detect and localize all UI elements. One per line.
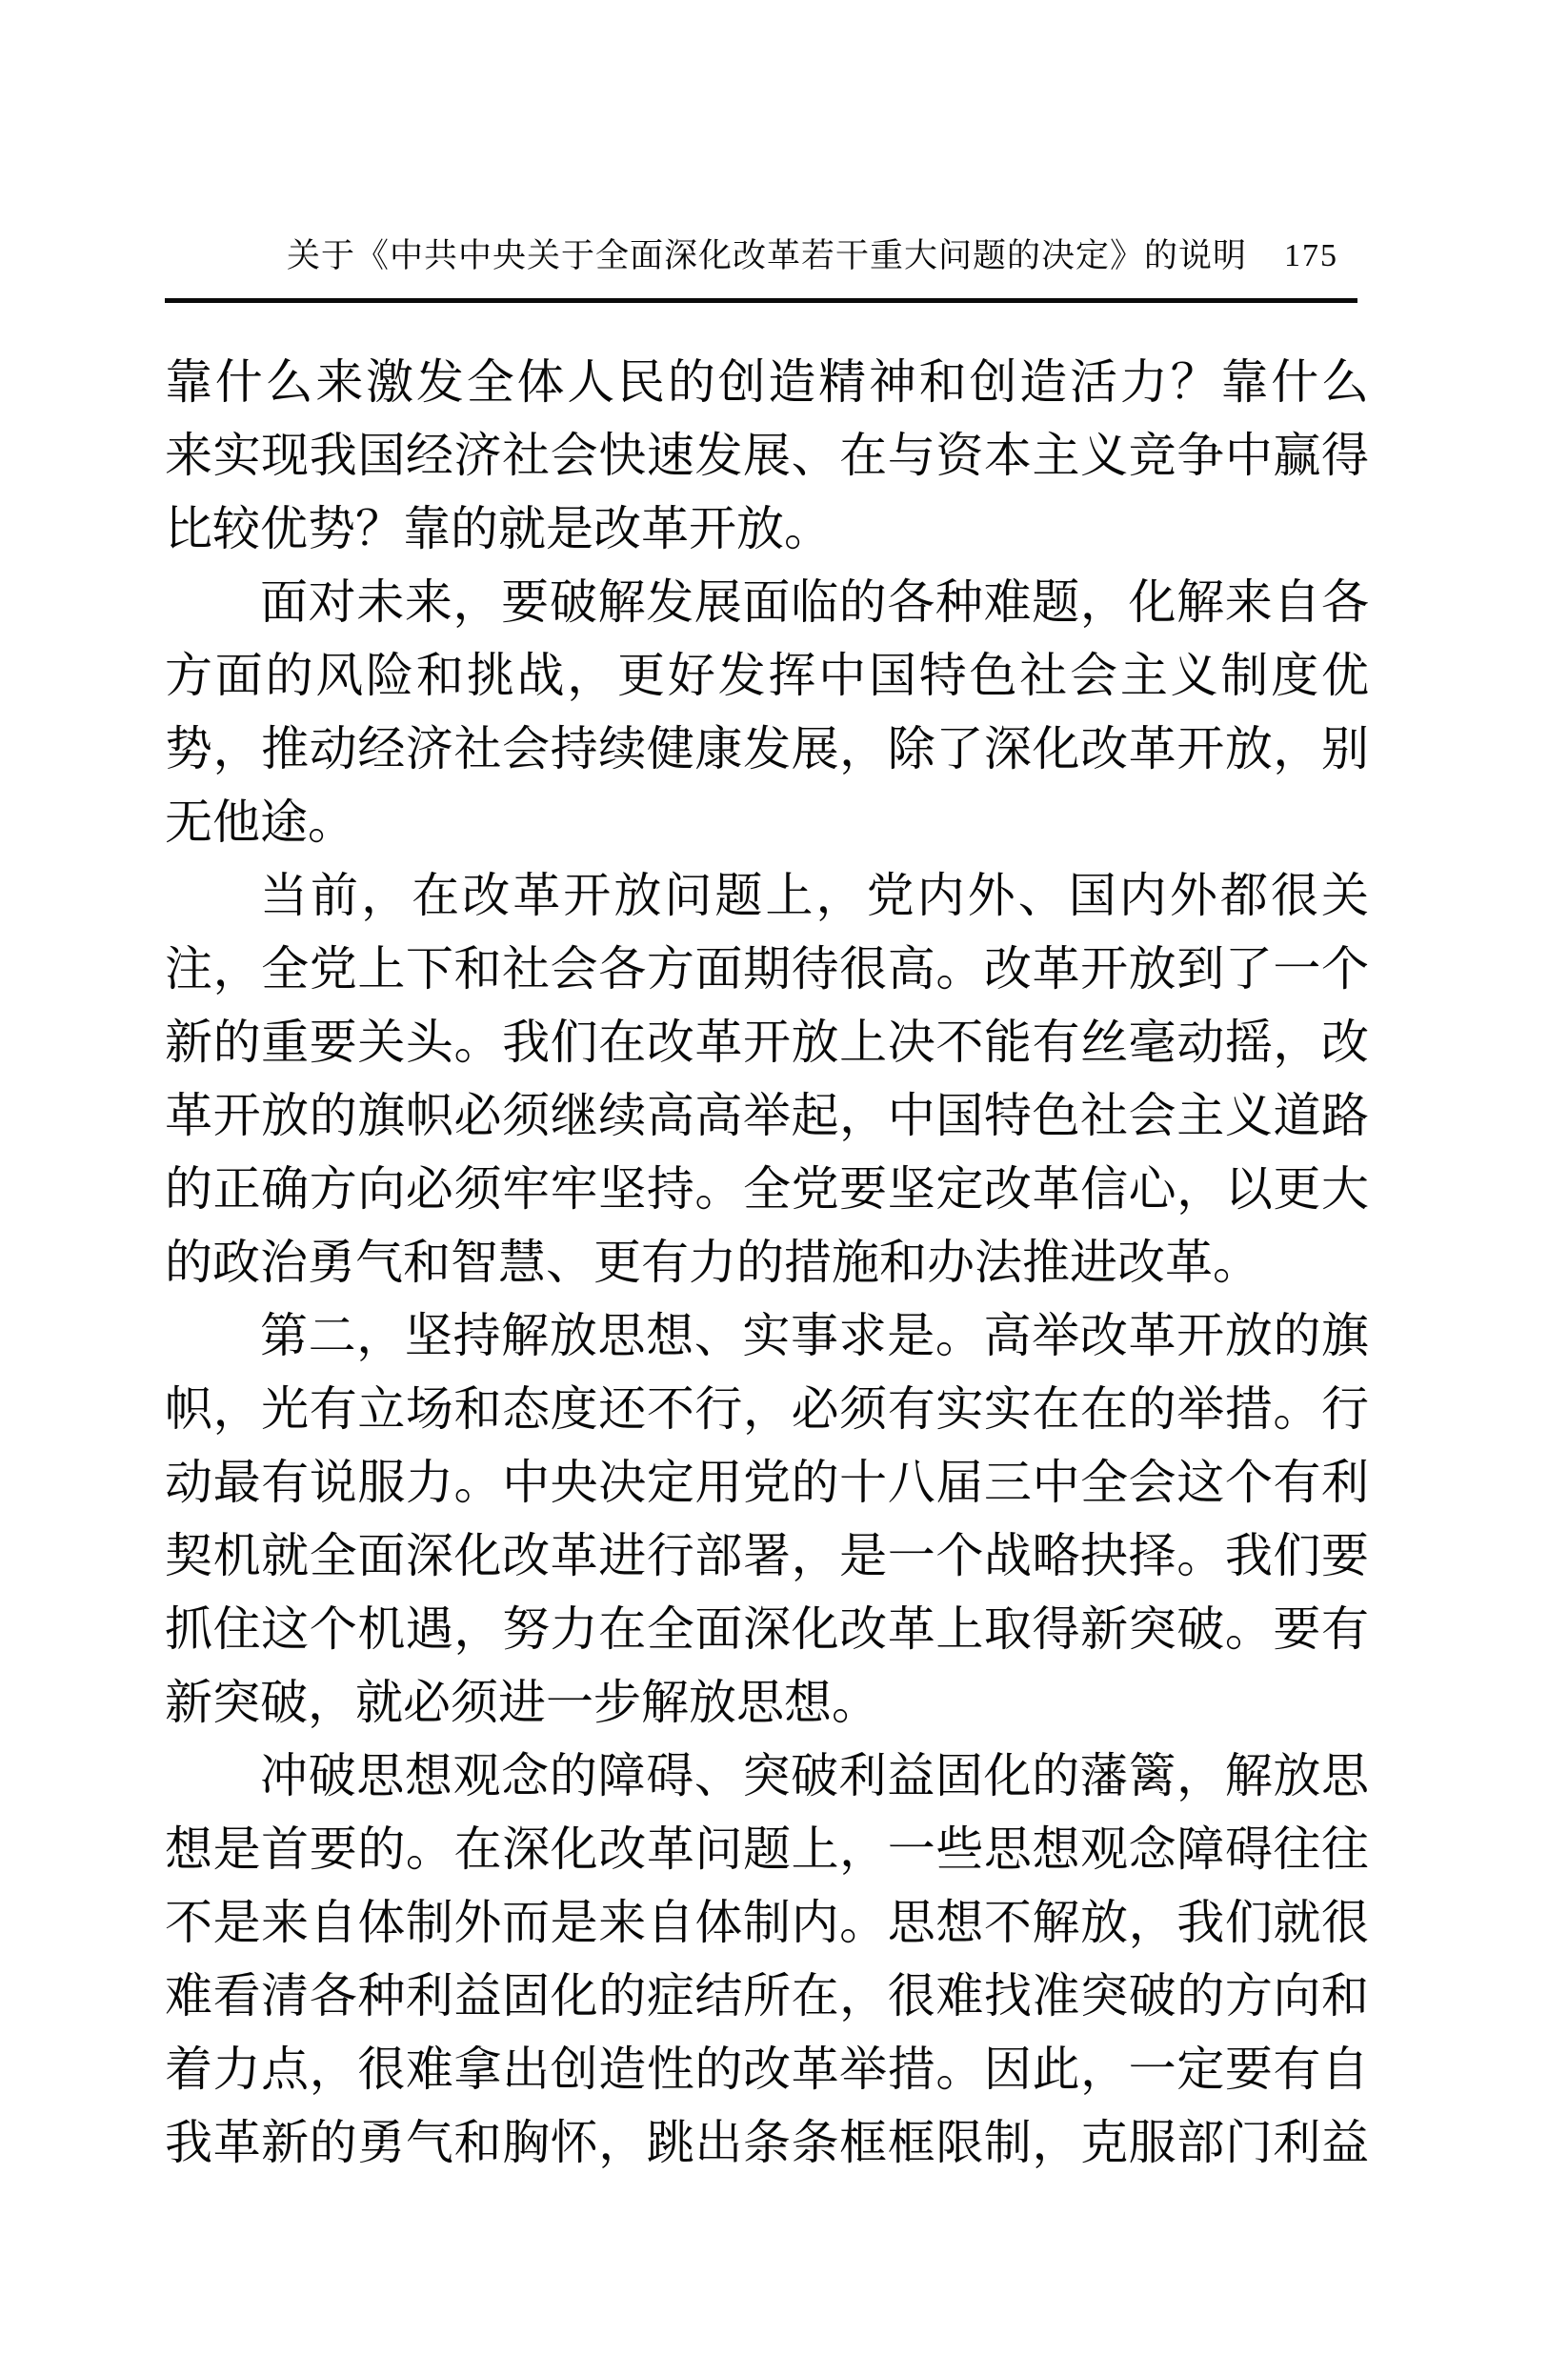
page-header: 关于《中共中央关于全面深化改革若干重大问题的决定》的说明 175: [165, 232, 1369, 280]
text-line: 比较优势？靠的就是改革开放。: [165, 493, 1369, 566]
paragraph: 第二，坚持解放思想、实事求是。高举改革开放的旗帜，光有立场和态度还不行，必须有实…: [165, 1299, 1369, 1740]
text-line: 无他途。: [165, 786, 1369, 859]
body-text: 靠什么来激发全体人民的创造精神和创造活力？靠什么来实现我国经济社会快速发展、在与…: [165, 346, 1369, 2180]
text-line: 第二，坚持解放思想、实事求是。高举改革开放的旗: [165, 1299, 1369, 1373]
text-line: 的正确方向必须牢牢坚持。全党要坚定改革信心，以更大: [165, 1153, 1369, 1226]
text-line: 来实现我国经济社会快速发展、在与资本主义竞争中赢得: [165, 419, 1369, 493]
paragraph: 靠什么来激发全体人民的创造精神和创造活力？靠什么来实现我国经济社会快速发展、在与…: [165, 346, 1369, 566]
text-line: 帜，光有立场和态度还不行，必须有实实在在的举措。行: [165, 1373, 1369, 1446]
page-number: 175: [1284, 232, 1338, 280]
text-line: 抓住这个机遇，努力在全面深化改革上取得新突破。要有: [165, 1593, 1369, 1666]
text-line: 面对未来，要破解发展面临的各种难题，化解来自各: [165, 566, 1369, 639]
text-line: 势，推动经济社会持续健康发展，除了深化改革开放，别: [165, 713, 1369, 786]
text-line: 契机就全面深化改革进行部署，是一个战略抉择。我们要: [165, 1520, 1369, 1593]
book-page: 关于《中共中央关于全面深化改革若干重大问题的决定》的说明 175 靠什么来激发全…: [0, 0, 1568, 2355]
text-line: 靠什么来激发全体人民的创造精神和创造活力？靠什么: [165, 346, 1369, 419]
text-line: 想是首要的。在深化改革问题上，一些思想观念障碍往往: [165, 1813, 1369, 1886]
text-line: 着力点，很难拿出创造性的改革举措。因此，一定要有自: [165, 2033, 1369, 2106]
text-line: 我革新的勇气和胸怀，跳出条条框框限制，克服部门利益: [165, 2106, 1369, 2180]
text-line: 不是来自体制外而是来自体制内。思想不解放，我们就很: [165, 1886, 1369, 1960]
text-line: 难看清各种利益固化的症结所在，很难找准突破的方向和: [165, 1960, 1369, 2033]
text-line: 新的重要关头。我们在改革开放上决不能有丝毫动摇，改: [165, 1006, 1369, 1079]
text-line: 的政治勇气和智慧、更有力的措施和办法推进改革。: [165, 1226, 1369, 1299]
text-line: 动最有说服力。中央决定用党的十八届三中全会这个有利: [165, 1446, 1369, 1520]
text-line: 革开放的旗帜必须继续高高举起，中国特色社会主义道路: [165, 1079, 1369, 1153]
text-line: 当前，在改革开放问题上，党内外、国内外都很关: [165, 859, 1369, 933]
text-line: 注，全党上下和社会各方面期待很高。改革开放到了一个: [165, 933, 1369, 1006]
text-line: 方面的风险和挑战，更好发挥中国特色社会主义制度优: [165, 639, 1369, 713]
text-line: 新突破，就必须进一步解放思想。: [165, 1666, 1369, 1740]
header-rule: [165, 298, 1357, 303]
paragraph: 面对未来，要破解发展面临的各种难题，化解来自各方面的风险和挑战，更好发挥中国特色…: [165, 566, 1369, 859]
text-line: 冲破思想观念的障碍、突破利益固化的藩篱，解放思: [165, 1740, 1369, 1813]
paragraph: 冲破思想观念的障碍、突破利益固化的藩篱，解放思想是首要的。在深化改革问题上，一些…: [165, 1740, 1369, 2180]
header-title: 关于《中共中央关于全面深化改革若干重大问题的决定》的说明: [165, 232, 1369, 280]
paragraph: 当前，在改革开放问题上，党内外、国内外都很关注，全党上下和社会各方面期待很高。改…: [165, 859, 1369, 1299]
